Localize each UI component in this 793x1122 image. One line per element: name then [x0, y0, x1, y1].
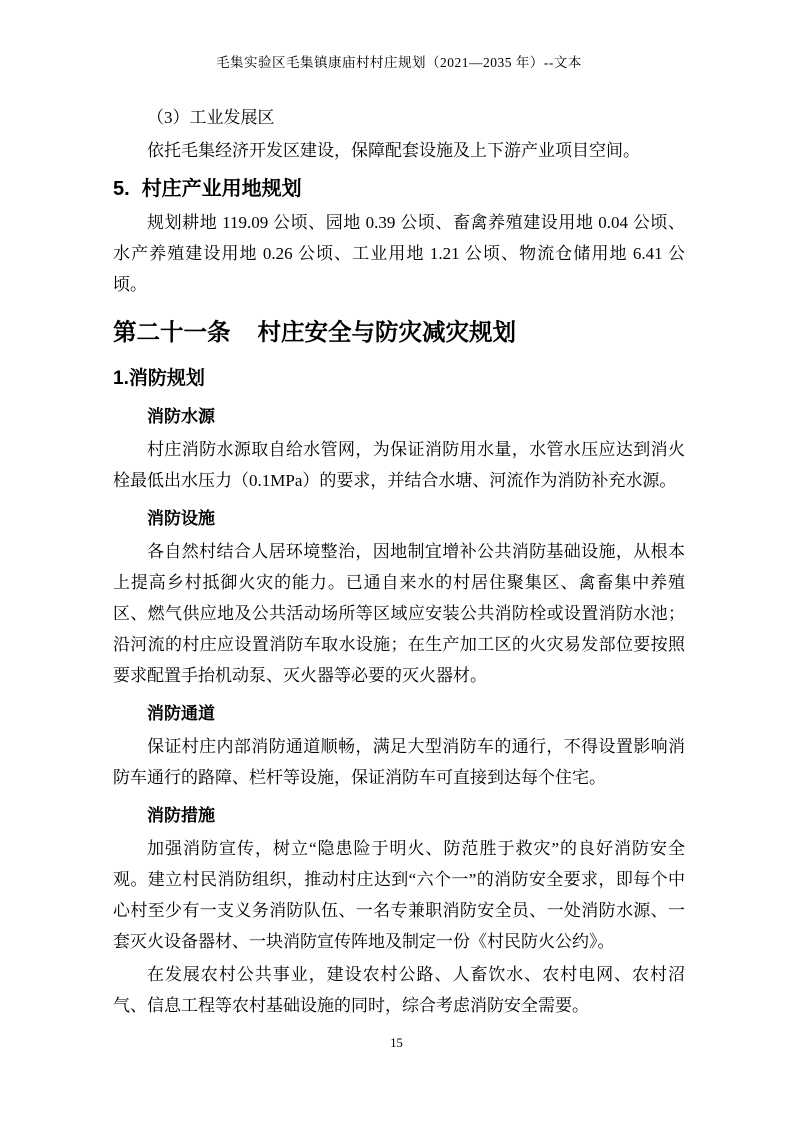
document-content: （3）工业发展区 依托毛集经济开发区建设，保障配套设施及上下游产业项目空间。 5… [113, 102, 685, 1021]
article21-title: 村庄安全与防灾减灾规划 [258, 319, 517, 345]
section5-number: 5. [113, 178, 130, 200]
item3-heading: （3）工业发展区 [113, 102, 685, 133]
section5-heading: 5.村庄产业用地规划 [113, 174, 685, 205]
fire-water-body: 村庄消防水源取自给水管网，为保证消防用水量，水管水压应达到消火栓最低出水压力（0… [113, 434, 685, 496]
section5-title: 村庄产业用地规划 [142, 178, 302, 200]
article21-heading: 第二十一条村庄安全与防灾减灾规划 [113, 314, 685, 350]
item3-body: 依托毛集经济开发区建设，保障配套设施及上下游产业项目空间。 [113, 135, 685, 166]
fire-channel-body: 保证村庄内部消防通道顺畅，满足大型消防车的通行，不得设置影响消防车通行的路障、栏… [113, 731, 685, 793]
fire-channel-heading: 消防通道 [113, 698, 685, 729]
fire-water-heading: 消防水源 [113, 401, 685, 432]
fire-measure-heading: 消防措施 [113, 800, 685, 831]
sub1-heading: 1.消防规划 [113, 363, 685, 394]
article21-number: 第二十一条 [113, 319, 231, 345]
fire-measure-body-2: 在发展农村公共事业，建设农村公路、人畜饮水、农村电网、农村沼气、信息工程等农村基… [113, 959, 685, 1021]
document-page: 毛集实验区毛集镇康庙村村庄规划（2021—2035 年）--文本 （3）工业发展… [0, 0, 793, 1122]
fire-facility-heading: 消防设施 [113, 503, 685, 534]
document-header: 毛集实验区毛集镇康庙村村庄规划（2021—2035 年）--文本 [113, 55, 685, 71]
fire-facility-body: 各自然村结合人居环境整治，因地制宜增补公共消防基础设施，从根本上提高乡村抵御火灾… [113, 536, 685, 691]
section5-body: 规划耕地 119.09 公顷、园地 0.39 公顷、畜禽养殖建设用地 0.04 … [113, 207, 685, 300]
fire-measure-body-1: 加强消防宣传，树立“隐患险于明火、防范胜于救灾”的良好消防安全观。建立村民消防组… [113, 833, 685, 957]
page-number: 15 [0, 1036, 793, 1051]
